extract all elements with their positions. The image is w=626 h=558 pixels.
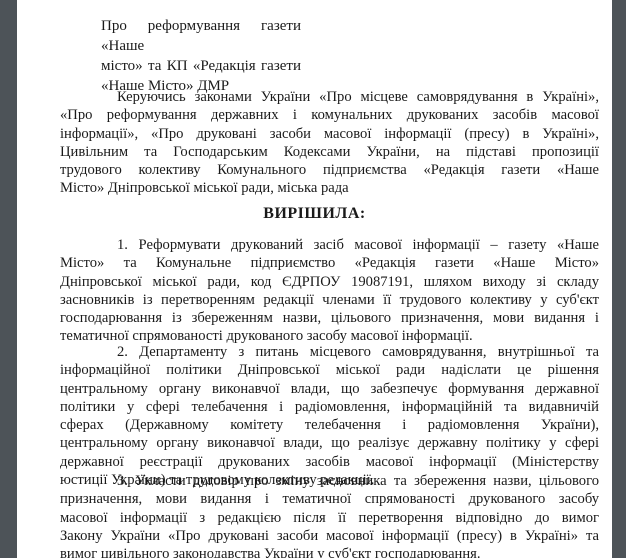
text-line: центральному органу виконавчої влади, що… (60, 434, 599, 452)
document-title: Про реформування газети «Наше місто» та … (101, 16, 301, 96)
text-line: Керуючись законами України «Про місцеве … (60, 88, 599, 106)
text-line: 2. Департаменту з питань місцевого самов… (60, 343, 599, 361)
text-line: сферах (Державному комітету телебачення … (60, 416, 599, 434)
text-line: Місто» Дніпровської міської ради, міська… (60, 179, 599, 197)
text-line: державної реєстрації друкованих засобів … (60, 453, 599, 471)
text-line: Цивільним та Господарським Кодексами Укр… (60, 143, 599, 161)
text-line: Дніпровської міської ради, код ЄДРПОУ 19… (60, 273, 599, 291)
decision-heading: ВИРІШИЛА: (17, 205, 612, 223)
text-line: Місто» та Комунальне підприємство «Редак… (60, 254, 599, 272)
preamble-paragraph: Керуючись законами України «Про місцеве … (60, 88, 599, 198)
text-line: центральному органу виконавчої влади, що… (60, 380, 599, 398)
text-line: політики у сфері телебачення і радіомовл… (60, 398, 599, 416)
title-line: Про реформування газети «Наше (101, 16, 301, 56)
title-line: місто» та КП «Редакція газети (101, 56, 301, 76)
item-3-paragraph: 3. Укласти договір про зміну засновника … (60, 472, 599, 558)
document-page: Про реформування газети «Наше місто» та … (17, 0, 612, 558)
item-1-paragraph: 1. Реформувати друкований засіб масової … (60, 236, 599, 346)
text-line: трудового колективу Комунального підприє… (60, 161, 599, 179)
text-line: інформації», «Про друковані засоби масов… (60, 125, 599, 143)
text-line: засновників із перетворенням редакції чл… (60, 291, 599, 309)
text-line: інформаційної політики Дніпровської місь… (60, 361, 599, 379)
text-line: 3. Укласти договір про зміну засновника … (60, 472, 599, 490)
text-line: призначення, мови видання і тематичної с… (60, 490, 599, 508)
text-line: вимог цивільного законодавства України у… (60, 545, 599, 558)
text-line: 1. Реформувати друкований засіб масової … (60, 236, 599, 254)
text-line: «Про реформування державних і комунальни… (60, 106, 599, 124)
text-line: масової інформації з редакцією після її … (60, 509, 599, 527)
item-2-paragraph: 2. Департаменту з питань місцевого самов… (60, 343, 599, 489)
text-line: Закону України «Про друковані засоби мас… (60, 527, 599, 545)
text-line: господарювання із збереженням назви, ціл… (60, 309, 599, 327)
